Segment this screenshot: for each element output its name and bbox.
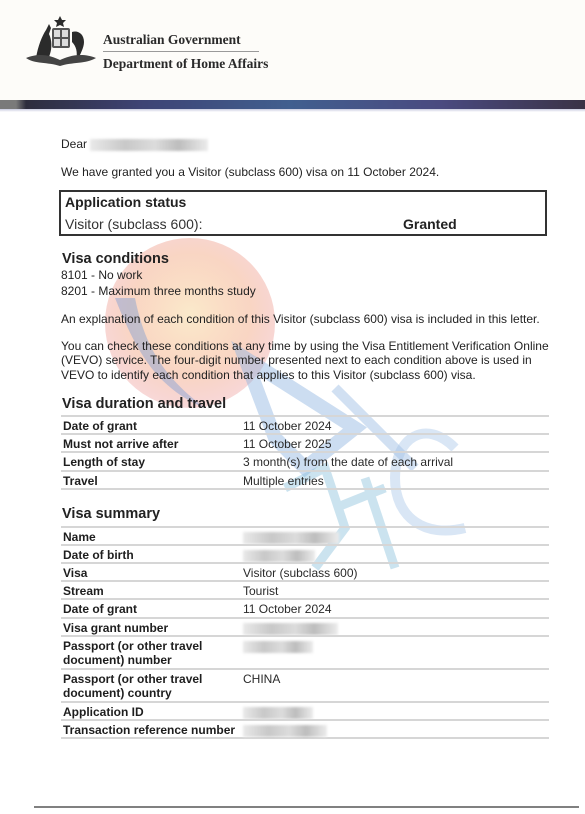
row-label: Transaction reference number <box>63 723 235 737</box>
row-label: Must not arrive after <box>63 437 178 451</box>
row-label: Passport (or other travel document) coun… <box>63 672 202 700</box>
row-label: Name <box>63 530 96 544</box>
redacted-value <box>243 723 327 737</box>
vevo-text-line: VEVO to identify each condition that app… <box>61 368 476 382</box>
conditions-explanation: An explanation of each condition of this… <box>61 312 540 326</box>
row-label: Length of stay <box>63 455 145 469</box>
vevo-text-line: (VEVO) service. The four-digit number pr… <box>61 353 532 367</box>
redacted-value <box>243 530 339 544</box>
table-row: Stream Tourist <box>61 580 549 598</box>
agency-name: Australian Government Department of Home… <box>103 32 268 72</box>
row-label-line: document) country <box>63 686 202 700</box>
table-row: Length of stay 3 month(s) from the date … <box>61 451 549 470</box>
application-status-box: Application status Visitor (subclass 600… <box>59 190 547 236</box>
row-label: Date of birth <box>63 548 134 562</box>
table-row: Date of birth <box>61 544 549 562</box>
table-row: Date of grant 11 October 2024 <box>61 598 549 617</box>
header-band-shadow <box>0 109 585 112</box>
application-status-title: Application status <box>65 194 186 210</box>
table-row: Must not arrive after 11 October 2025 <box>61 433 549 451</box>
redacted-value <box>243 548 315 562</box>
row-label: Date of grant <box>63 602 137 616</box>
duration-table: Date of grant 11 October 2024 Must not a… <box>61 415 549 490</box>
application-status-value: Granted <box>403 216 457 232</box>
row-label: Travel <box>63 474 98 488</box>
condition-item: 8101 - No work <box>61 268 142 282</box>
duration-section-title: Visa duration and travel <box>62 396 226 412</box>
row-value: Visitor (subclass 600) <box>243 566 358 580</box>
row-label-line: Passport (or other travel <box>63 672 202 686</box>
table-row: Transaction reference number <box>61 719 549 739</box>
row-value: 3 month(s) from the date of each arrival <box>243 455 453 469</box>
row-value: 11 October 2025 <box>243 437 332 451</box>
vevo-text-line: You can check these conditions at any ti… <box>61 339 549 353</box>
row-value: 11 October 2024 <box>243 419 332 433</box>
header-divider <box>103 51 259 52</box>
table-row: Name <box>61 526 549 544</box>
summary-section-title: Visa summary <box>62 506 160 522</box>
redacted-recipient-name <box>90 139 208 151</box>
application-status-label: Visitor (subclass 600): <box>65 216 202 232</box>
row-value: 11 October 2024 <box>243 602 332 616</box>
coat-of-arms-icon <box>22 14 100 72</box>
row-label: Application ID <box>63 705 144 719</box>
row-label-line: document) number <box>63 653 202 667</box>
row-label: Date of grant <box>63 419 137 433</box>
row-value: Multiple entries <box>243 474 324 488</box>
table-row: Passport (or other travel document) numb… <box>61 635 549 668</box>
table-row: Travel Multiple entries <box>61 470 549 490</box>
table-row: Visa grant number <box>61 617 549 635</box>
row-value: CHINA <box>243 672 280 686</box>
grant-intro: We have granted you a Visitor (subclass … <box>61 165 439 179</box>
header-band <box>0 100 585 109</box>
table-row: Application ID <box>61 701 549 719</box>
summary-table: Name Date of birth Visa Visitor (subclas… <box>61 526 549 739</box>
department-name: Department of Home Affairs <box>103 56 268 72</box>
row-label: Stream <box>63 584 104 598</box>
redacted-value <box>243 639 313 653</box>
redacted-value <box>243 705 313 719</box>
salutation-text: Dear <box>61 137 87 151</box>
table-row: Passport (or other travel document) coun… <box>61 668 549 701</box>
row-label: Passport (or other travel document) numb… <box>63 639 202 667</box>
table-row: Date of grant 11 October 2024 <box>61 415 549 433</box>
visa-conditions-title: Visa conditions <box>62 251 169 267</box>
row-label-line: Passport (or other travel <box>63 639 202 653</box>
row-value: Tourist <box>243 584 278 598</box>
row-label: Visa grant number <box>63 621 168 635</box>
table-row: Visa Visitor (subclass 600) <box>61 562 549 580</box>
government-name: Australian Government <box>103 32 268 48</box>
salutation: Dear <box>61 137 208 151</box>
condition-item: 8201 - Maximum three months study <box>61 284 256 298</box>
row-label: Visa <box>63 566 87 580</box>
redacted-value <box>243 621 338 635</box>
letterhead: Australian Government Department of Home… <box>0 0 585 100</box>
footer-divider <box>34 806 579 808</box>
